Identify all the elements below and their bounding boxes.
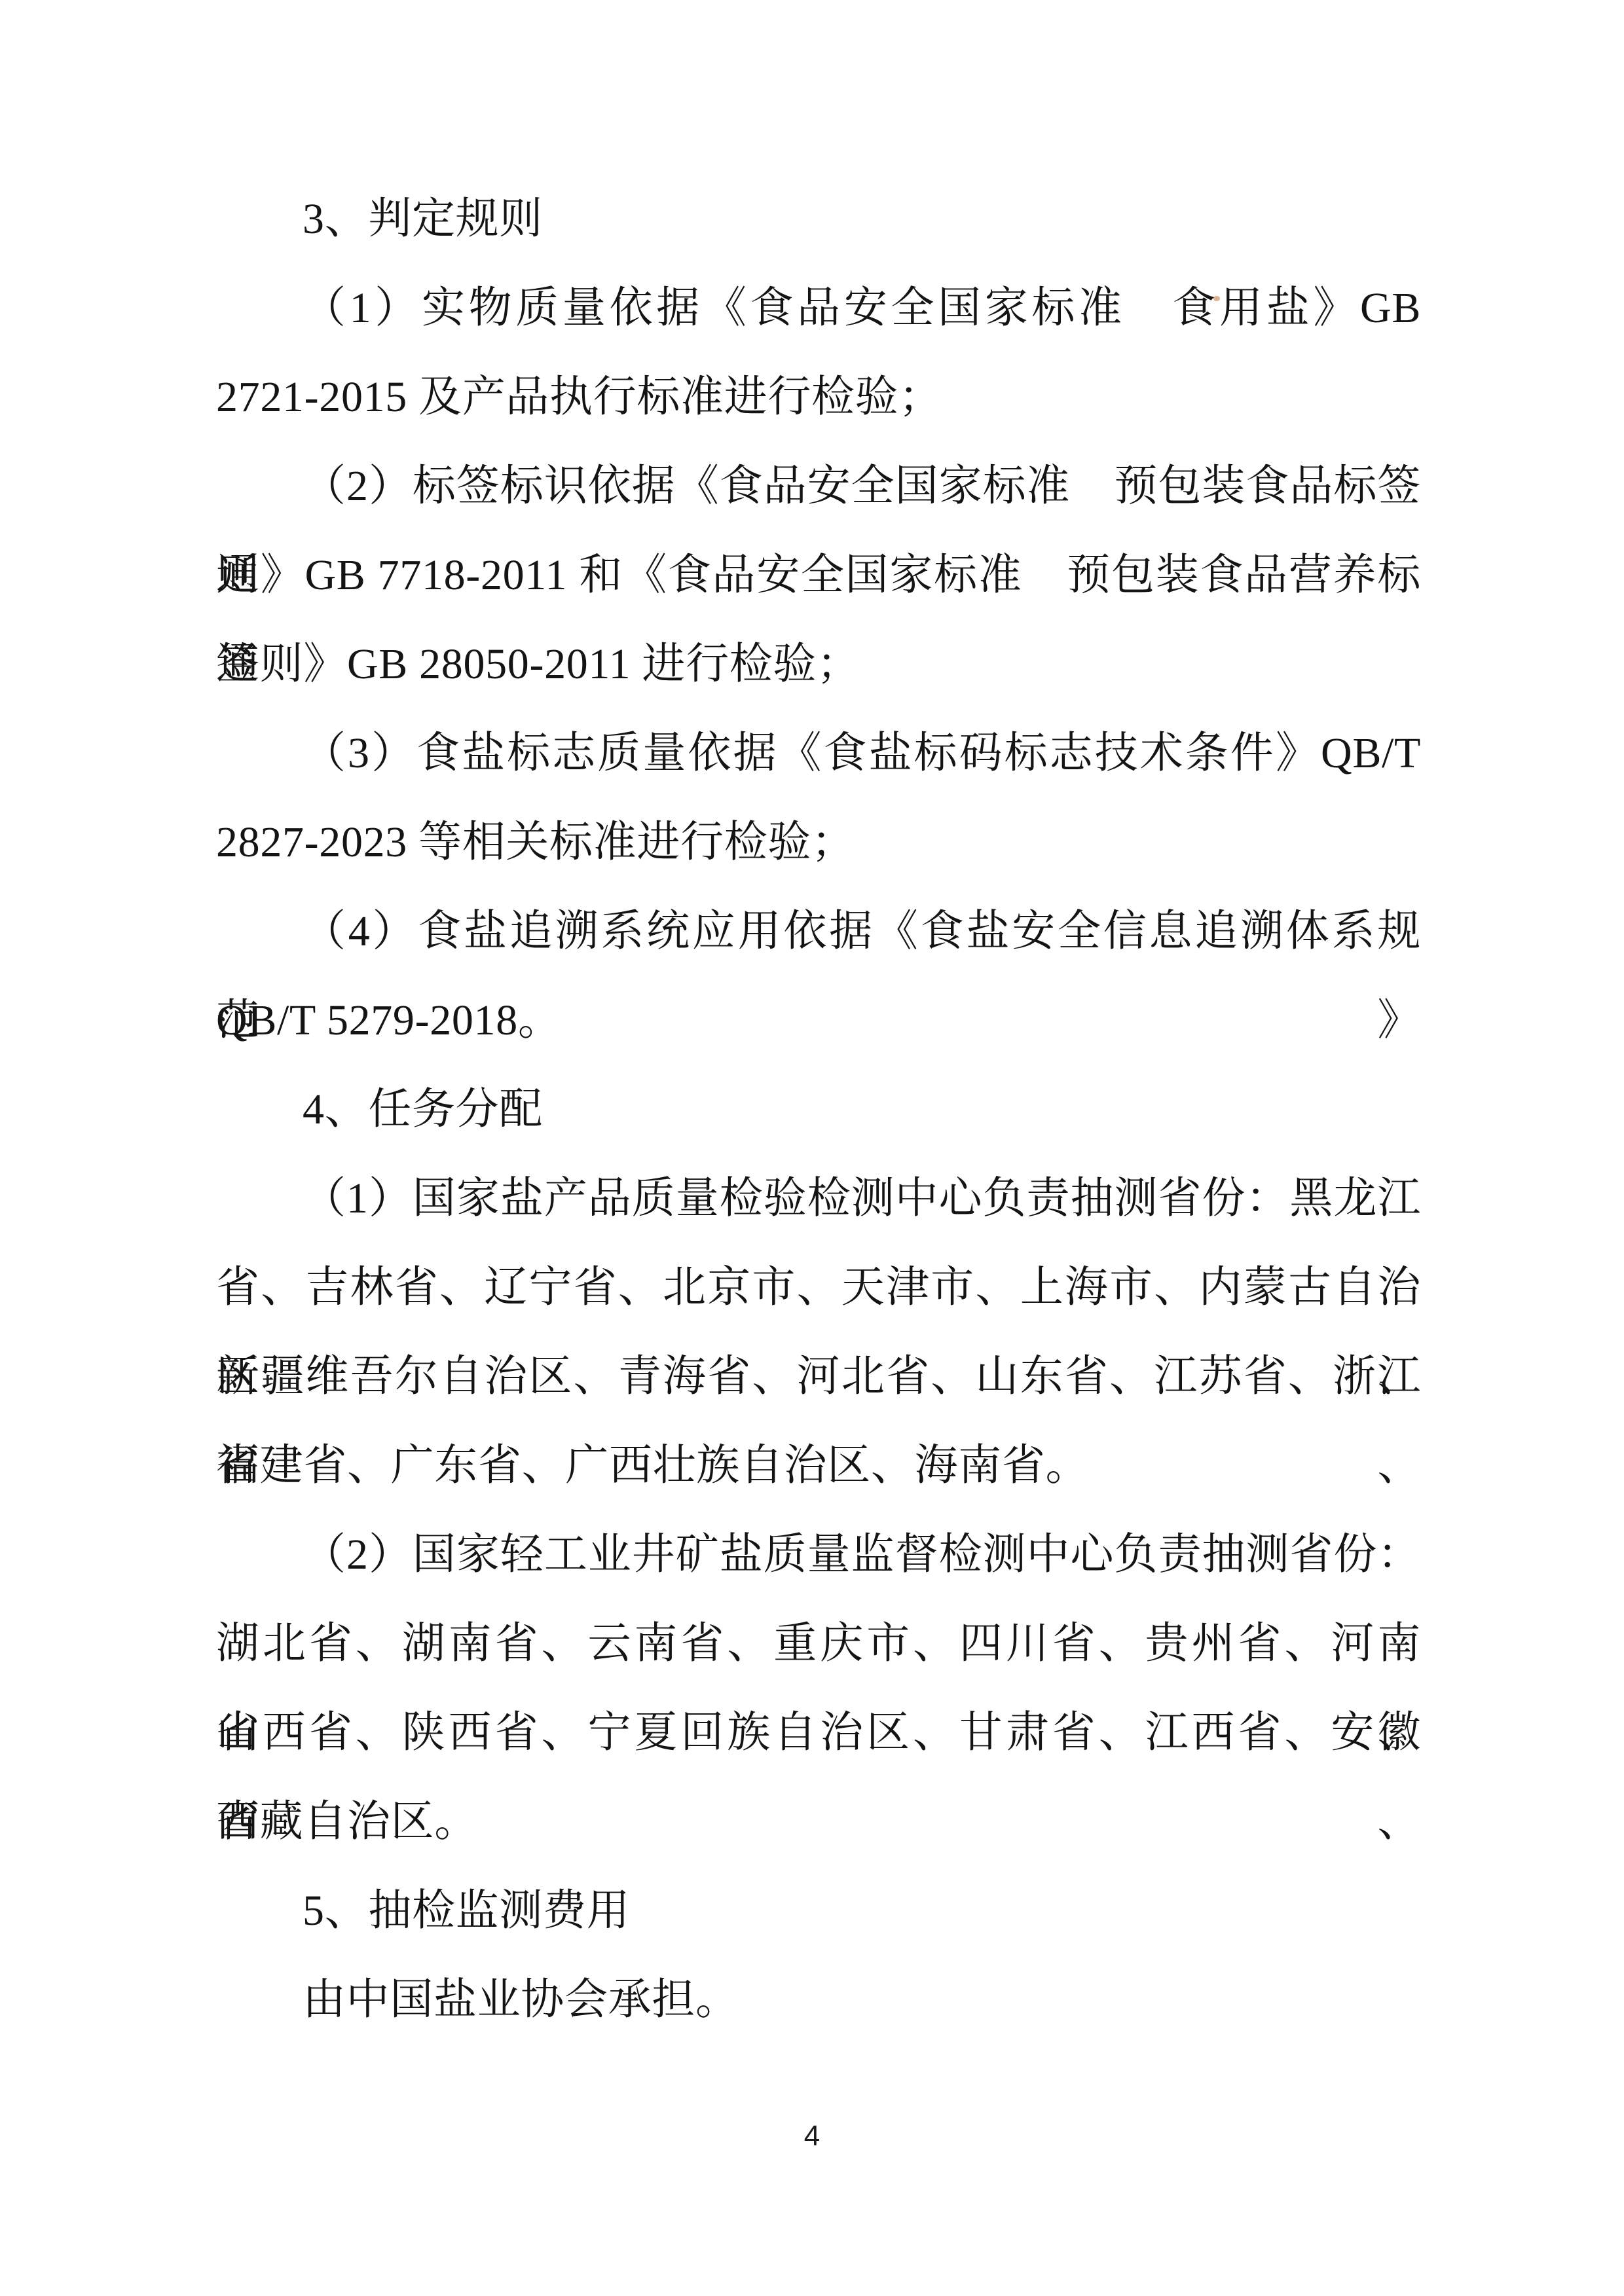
text-line: 湖北省、湖南省、云南省、重庆市、四川省、贵州省、河南省、 xyxy=(216,1599,1421,1688)
text-line: 省、吉林省、辽宁省、北京市、天津市、上海市、内蒙古自治区、 xyxy=(216,1243,1421,1332)
text-line: （2）标签标识依据《食品安全国家标准 预包装食品标签通 xyxy=(216,442,1421,531)
heading-line: 3、判定规则 xyxy=(216,175,1421,264)
text-line: 2721-2015 及产品执行标准进行检验； xyxy=(216,353,1421,442)
text-line: 由中国盐业协会承担。 xyxy=(216,1956,1421,2045)
scan-artifact xyxy=(1213,296,1220,301)
text-line: 山西省、陕西省、宁夏回族自治区、甘肃省、江西省、安徽省、 xyxy=(216,1688,1421,1777)
text-line: （2）国家轻工业井矿盐质量监督检测中心负责抽测省份： xyxy=(216,1510,1421,1599)
text-line: （1）国家盐产品质量检验检测中心负责抽测省份：黑龙江 xyxy=(216,1154,1421,1243)
text-line: （3）食盐标志质量依据《食盐标码标志技术条件》QB/T xyxy=(216,709,1421,798)
text-line: （1）实物质量依据《食品安全国家标准 食用盐》GB xyxy=(216,264,1421,353)
text-line: 2827-2023 等相关标准进行检验； xyxy=(216,798,1421,887)
text-line: 通则》GB 28050-2011 进行检验； xyxy=(216,620,1421,709)
document-page: 3、判定规则 （1）实物质量依据《食品安全国家标准 食用盐》GB 2721-20… xyxy=(0,0,1624,2296)
heading-line: 4、任务分配 xyxy=(216,1065,1421,1154)
heading-line: 5、抽检监测费用 xyxy=(216,1867,1421,1956)
page-number: 4 xyxy=(0,2120,1624,2153)
text-line: （4）食盐追溯系统应用依据《食盐安全信息追溯体系规范》 xyxy=(216,887,1421,976)
document-body: 3、判定规则 （1）实物质量依据《食品安全国家标准 食用盐》GB 2721-20… xyxy=(216,175,1421,2045)
text-line: 则》GB 7718-2011 和《食品安全国家标准 预包装食品营养标签 xyxy=(216,531,1421,620)
text-line: 新疆维吾尔自治区、青海省、河北省、山东省、江苏省、浙江省、 xyxy=(216,1332,1421,1421)
